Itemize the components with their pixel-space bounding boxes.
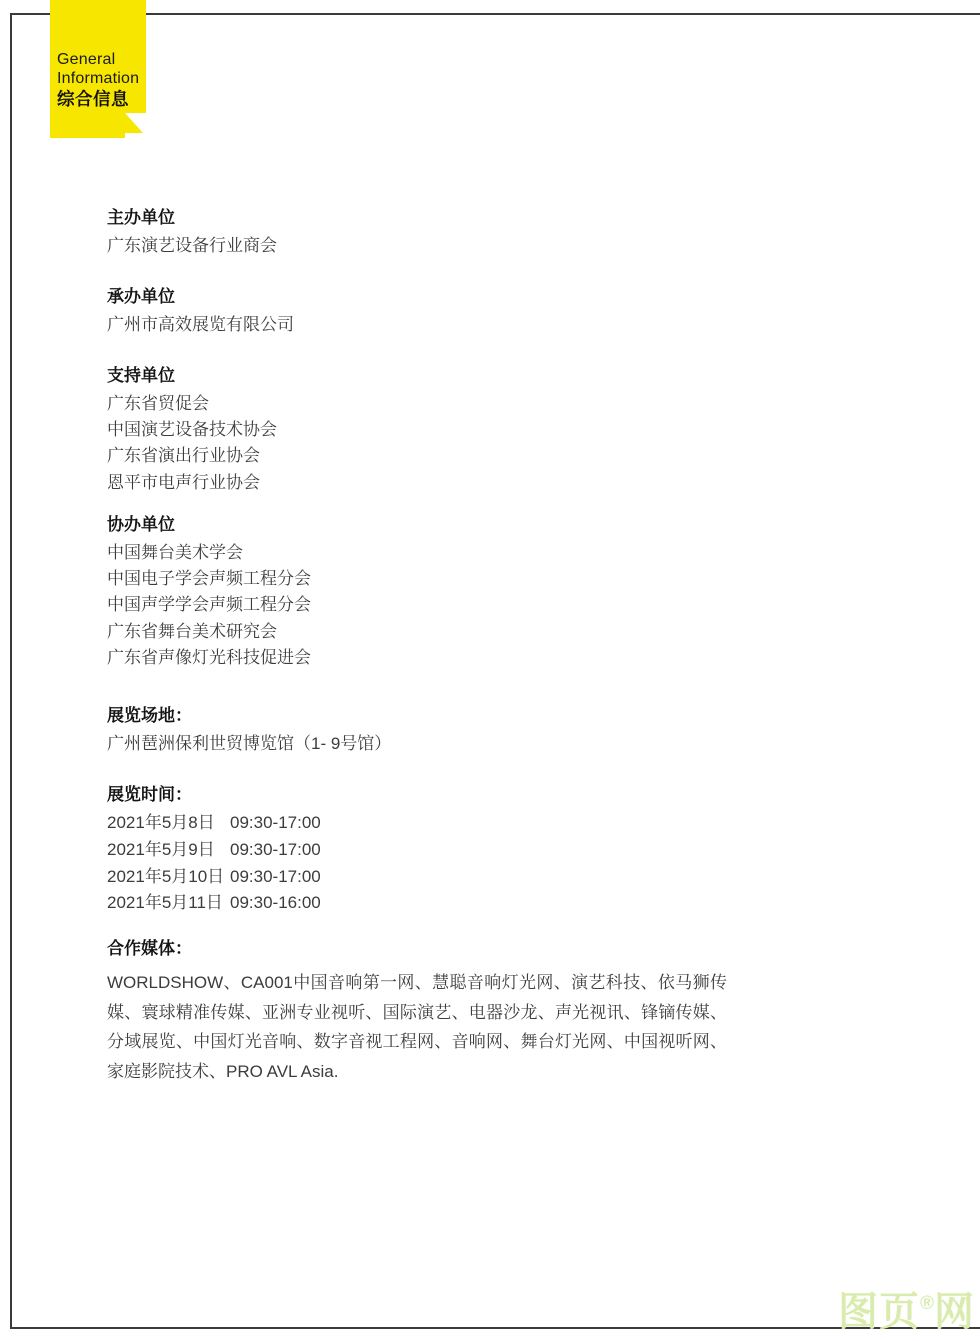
schedule-date: 2021年5月8日 (107, 810, 230, 837)
list-item: 广东省声像灯光科技促进会 (107, 645, 311, 671)
section-undertaker: 承办单位 广州市高效展览有限公司 (107, 284, 294, 338)
section-venue: 展览场地： 广州琶洲保利世贸博览馆（1- 9号馆） (107, 703, 391, 757)
list-item: 广东演艺设备行业商会 (107, 233, 277, 259)
list-item: 广东省贸促会 (107, 391, 277, 417)
media-partners-paragraph: WORLDSHOW、CA001中国音响第一网、慧聪音响灯光网、演艺科技、依马狮传… (107, 968, 727, 1086)
section-supporters: 支持单位 广东省贸促会 中国演艺设备技术协会 广东省演出行业协会 恩平市电声行业… (107, 363, 277, 496)
tab-title-en-line2: Information (57, 69, 146, 88)
section-heading: 协办单位 (107, 512, 311, 538)
schedule-row: 2021年5月8日 09:30-17:00 (107, 810, 321, 837)
schedule-row: 2021年5月11日 09:30-16:00 (107, 890, 321, 917)
section-heading: 承办单位 (107, 284, 294, 310)
brochure-page: { "tab": { "en_line1": "General", "en_li… (0, 0, 980, 1341)
schedule-date: 2021年5月11日 (107, 890, 230, 917)
section-heading: 支持单位 (107, 363, 277, 389)
media-heading: 合作媒体： (107, 936, 727, 962)
schedule-date: 2021年5月9日 (107, 837, 230, 864)
schedule-heading: 展览时间： (107, 782, 321, 808)
list-item: 广州市高效展览有限公司 (107, 312, 294, 338)
tab-title-en-line1: General (57, 50, 146, 69)
schedule-row: 2021年5月9日 09:30-17:00 (107, 837, 321, 864)
section-co-organizers: 协办单位 中国舞台美术学会 中国电子学会声频工程分会 中国声学学会声频工程分会 … (107, 512, 311, 671)
tab-title-zh: 综合信息 (57, 89, 146, 109)
registered-trademark-icon: ® (920, 1294, 934, 1313)
watermark-logo: 图页®网 (838, 1292, 975, 1332)
schedule-date: 2021年5月10日 (107, 864, 230, 891)
watermark-text-suffix: 网 (934, 1290, 975, 1334)
schedule-time: 09:30-17:00 (230, 837, 321, 864)
section-heading: 主办单位 (107, 205, 277, 231)
schedule-time: 09:30-16:00 (230, 890, 321, 917)
venue-value: 广州琶洲保利世贸博览馆（1- 9号馆） (107, 731, 391, 757)
list-item: 广东省演出行业协会 (107, 443, 277, 469)
list-item: 中国演艺设备技术协会 (107, 417, 277, 443)
list-item: 广东省舞台美术研究会 (107, 619, 311, 645)
list-item: 中国声学学会声频工程分会 (107, 592, 311, 618)
venue-heading: 展览场地： (107, 703, 391, 729)
schedule-row: 2021年5月10日 09:30-17:00 (107, 864, 321, 891)
watermark-text-prefix: 图页 (838, 1290, 920, 1334)
section-media-partners: 合作媒体： WORLDSHOW、CA001中国音响第一网、慧聪音响灯光网、演艺科… (107, 936, 727, 1086)
section-organizer: 主办单位 广东演艺设备行业商会 (107, 205, 277, 259)
list-item: 中国电子学会声频工程分会 (107, 566, 311, 592)
list-item: 恩平市电声行业协会 (107, 470, 277, 496)
section-schedule: 展览时间： 2021年5月8日 09:30-17:00 2021年5月9日 09… (107, 782, 321, 917)
schedule-time: 09:30-17:00 (230, 864, 321, 891)
list-item: 中国舞台美术学会 (107, 540, 311, 566)
schedule-time: 09:30-17:00 (230, 810, 321, 837)
